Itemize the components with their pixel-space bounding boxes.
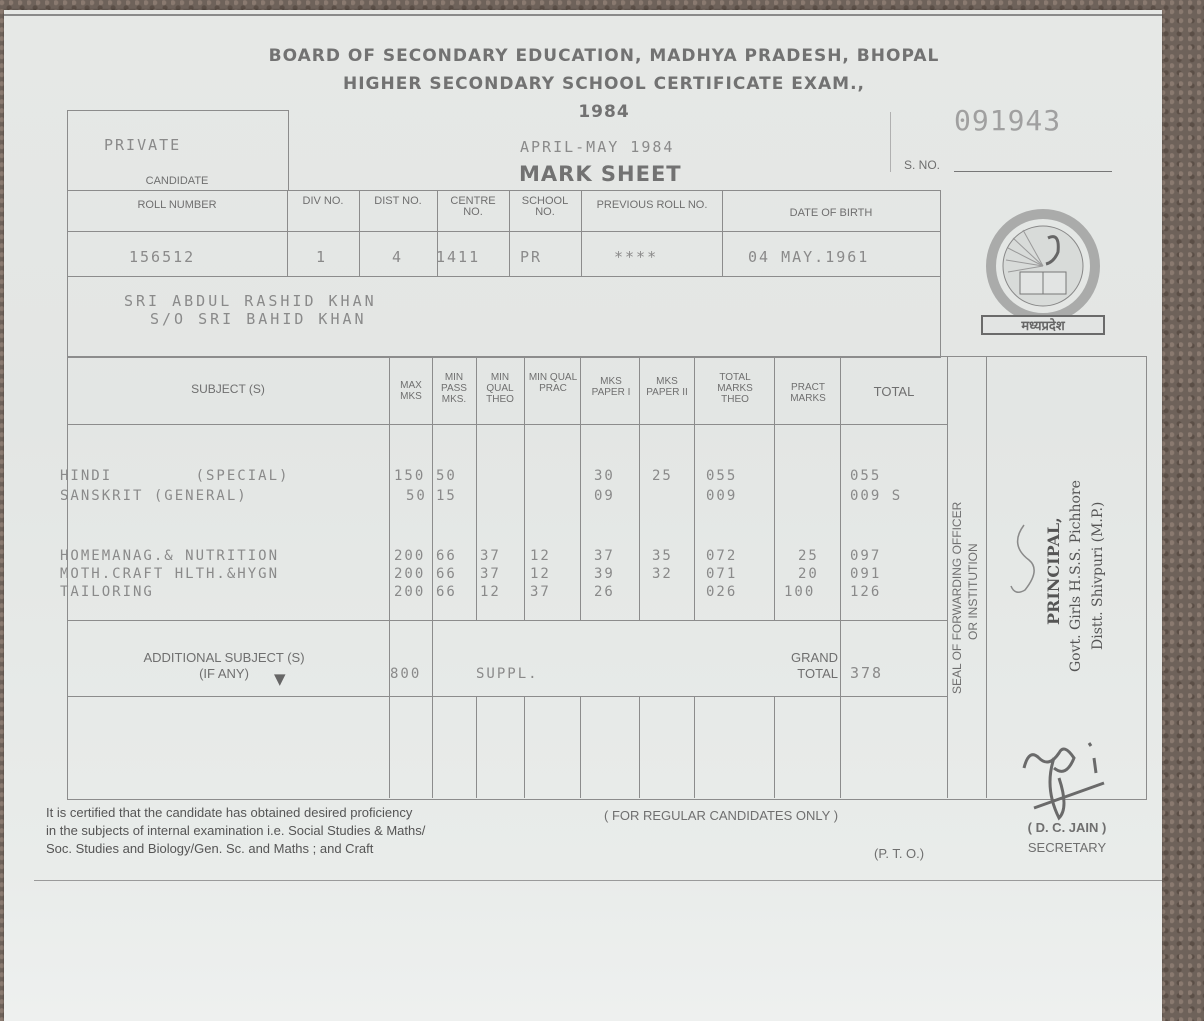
candidate-type: PRIVATE bbox=[104, 136, 181, 154]
row-1-min-pass: 15 bbox=[436, 488, 457, 504]
secretary-title: SECRETARY bbox=[1004, 842, 1130, 853]
row-2-max: 200 bbox=[394, 548, 425, 564]
row-3-min-pass: 66 bbox=[436, 566, 457, 582]
row-4-total: 126 bbox=[850, 584, 881, 600]
dist-no-value: 4 bbox=[392, 248, 403, 266]
roll-number-header: ROLL NUMBER bbox=[67, 200, 287, 211]
certificate-line-3: Soc. Studies and Biology/Gen. Sc. and Ma… bbox=[46, 840, 425, 858]
row-3-paper2: 32 bbox=[652, 566, 673, 582]
row-4-min-qual-theo: 12 bbox=[480, 584, 501, 600]
seal-institution-label: OR INSTITUTION bbox=[968, 543, 979, 640]
total-header: TOTAL bbox=[844, 386, 944, 397]
div-no-value: 1 bbox=[316, 248, 327, 266]
serial-number: 091943 bbox=[954, 104, 1061, 137]
row-2-min-qual-theo: 37 bbox=[480, 548, 501, 564]
principal-school: Govt. Girls H.S.S. Pichhore bbox=[1068, 480, 1084, 672]
s-no-field bbox=[954, 171, 1112, 172]
row-0-total: 055 bbox=[850, 468, 881, 484]
pto-note: (P. T. O.) bbox=[874, 848, 924, 859]
seal-forwarding-label: SEAL OF FORWARDING OFFICER bbox=[952, 502, 963, 694]
candidate-label: CANDIDATE bbox=[67, 176, 287, 187]
row-2-total-theo: 072 bbox=[706, 548, 737, 564]
document-title: MARK SHEET bbox=[519, 162, 682, 186]
row-3-subject: MOTH.CRAFT HLTH.&HYGN bbox=[60, 566, 279, 582]
grand-total-label: GRAND TOTAL bbox=[778, 650, 838, 682]
arrow-down-icon: ▼ bbox=[274, 670, 286, 688]
grand-total-value: 378 bbox=[850, 664, 883, 682]
aggregate-max: 800 bbox=[390, 666, 421, 682]
total-theo-header: TOTAL MARKS THEO bbox=[704, 372, 766, 405]
subject-header: SUBJECT (S) bbox=[67, 384, 389, 395]
previous-roll-value: **** bbox=[614, 248, 658, 266]
certificate-line-2: in the subjects of internal examination … bbox=[46, 822, 425, 840]
row-0-paper2: 25 bbox=[652, 468, 673, 484]
row-4-min-pass: 66 bbox=[436, 584, 457, 600]
centre-no-header: CENTRE NO. bbox=[440, 196, 506, 218]
row-2-min-qual-prac: 12 bbox=[530, 548, 551, 564]
dob-value: 04 MAY.1961 bbox=[748, 248, 869, 266]
row-1-total-theo: 009 bbox=[706, 488, 737, 504]
mks-paper-1-header: MKS PAPER I bbox=[586, 376, 636, 398]
row-3-min-qual-prac: 12 bbox=[530, 566, 551, 582]
roll-number-value: 156512 bbox=[129, 248, 195, 266]
row-4-paper1: 26 bbox=[594, 584, 615, 600]
row-2-total: 097 bbox=[850, 548, 881, 564]
row-1-max: 50 bbox=[406, 488, 427, 504]
pract-marks-header: PRACT MARKS bbox=[780, 382, 836, 404]
dob-header: DATE OF BIRTH bbox=[724, 208, 938, 219]
secretary-name: ( D. C. JAIN ) bbox=[1004, 822, 1130, 833]
s-no-label: S. NO. bbox=[904, 160, 940, 171]
serial-divider bbox=[890, 112, 891, 172]
certificate-text: It is certified that the candidate has o… bbox=[46, 804, 425, 858]
row-3-max: 200 bbox=[394, 566, 425, 582]
div-no-header: DIV NO. bbox=[294, 196, 352, 207]
exam-year: 1984 bbox=[514, 102, 694, 122]
result-status: SUPPL. bbox=[476, 666, 539, 682]
row-1-subject: SANSKRIT (GENERAL) bbox=[60, 488, 248, 504]
row-2-min-pass: 66 bbox=[436, 548, 457, 564]
principal-title: PRINCIPAL, bbox=[1044, 517, 1063, 625]
regular-candidates-note: ( FOR REGULAR CANDIDATES ONLY ) bbox=[604, 810, 838, 821]
row-0-paper1: 30 bbox=[594, 468, 615, 484]
top-border bbox=[4, 14, 1162, 16]
row-4-min-qual-prac: 37 bbox=[530, 584, 551, 600]
bottom-border bbox=[34, 880, 1162, 881]
exam-title: HIGHER SECONDARY SCHOOL CERTIFICATE EXAM… bbox=[184, 74, 1024, 94]
previous-roll-header: PREVIOUS ROLL NO. bbox=[594, 200, 710, 211]
max-mks-header: MAX MKS bbox=[392, 380, 430, 402]
row-1-paper1: 09 bbox=[594, 488, 615, 504]
row-3-min-qual-theo: 37 bbox=[480, 566, 501, 582]
row-4-total-theo: 026 bbox=[706, 584, 737, 600]
row-1-total: 009 S bbox=[850, 488, 902, 504]
row-2-paper2: 35 bbox=[652, 548, 673, 564]
min-qual-prac-header: MIN QUAL PRAC bbox=[528, 372, 578, 394]
row-3-paper1: 39 bbox=[594, 566, 615, 582]
row-0-max: 150 bbox=[394, 468, 425, 484]
row-3-pract: 20 bbox=[798, 566, 819, 582]
mks-paper-2-header: MKS PAPER II bbox=[642, 376, 692, 398]
certificate-line-1: It is certified that the candidate has o… bbox=[46, 804, 425, 822]
mark-sheet-document: BOARD OF SECONDARY EDUCATION, MADHYA PRA… bbox=[4, 10, 1162, 1021]
candidate-name: SRI ABDUL RASHID KHAN bbox=[124, 292, 377, 310]
row-3-total: 091 bbox=[850, 566, 881, 582]
centre-no-value: 1411 bbox=[436, 248, 480, 266]
seal-emblem-text: मध्यप्रदेश bbox=[982, 316, 1104, 334]
row-2-paper1: 37 bbox=[594, 548, 615, 564]
row-4-pract: 100 bbox=[784, 584, 815, 600]
school-no-header: SCHOOL NO. bbox=[512, 196, 578, 218]
principal-signature-icon bbox=[1004, 520, 1044, 600]
row-0-min-pass: 50 bbox=[436, 468, 457, 484]
row-3-total-theo: 071 bbox=[706, 566, 737, 582]
additional-subject-sub: (IF ANY) bbox=[94, 666, 354, 682]
row-4-max: 200 bbox=[394, 584, 425, 600]
row-0-total-theo: 055 bbox=[706, 468, 737, 484]
school-no-value: PR bbox=[520, 248, 542, 266]
row-4-subject: TAILORING bbox=[60, 584, 154, 600]
row-0-subject: HINDI (SPECIAL) bbox=[60, 468, 289, 484]
candidate-parent: S/O SRI BAHID KHAN bbox=[150, 310, 367, 328]
secretary-signature-icon bbox=[1014, 728, 1114, 828]
dist-no-header: DIST NO. bbox=[366, 196, 430, 207]
board-seal-emblem: मध्यप्रदेश bbox=[968, 208, 1118, 338]
row-2-pract: 25 bbox=[798, 548, 819, 564]
board-title: BOARD OF SECONDARY EDUCATION, MADHYA PRA… bbox=[184, 46, 1024, 66]
exam-session: APRIL-MAY 1984 bbox=[520, 138, 674, 156]
additional-subject-label: ADDITIONAL SUBJECT (S) (IF ANY) bbox=[94, 650, 354, 682]
min-pass-header: MIN PASS MKS. bbox=[434, 372, 474, 405]
row-2-subject: HOMEMANAG.& NUTRITION bbox=[60, 548, 279, 564]
additional-subject-title: ADDITIONAL SUBJECT (S) bbox=[94, 650, 354, 666]
principal-district: Distt. Shivpuri (M.P.) bbox=[1090, 502, 1106, 650]
min-qual-theo-header: MIN QUAL THEO bbox=[478, 372, 522, 405]
